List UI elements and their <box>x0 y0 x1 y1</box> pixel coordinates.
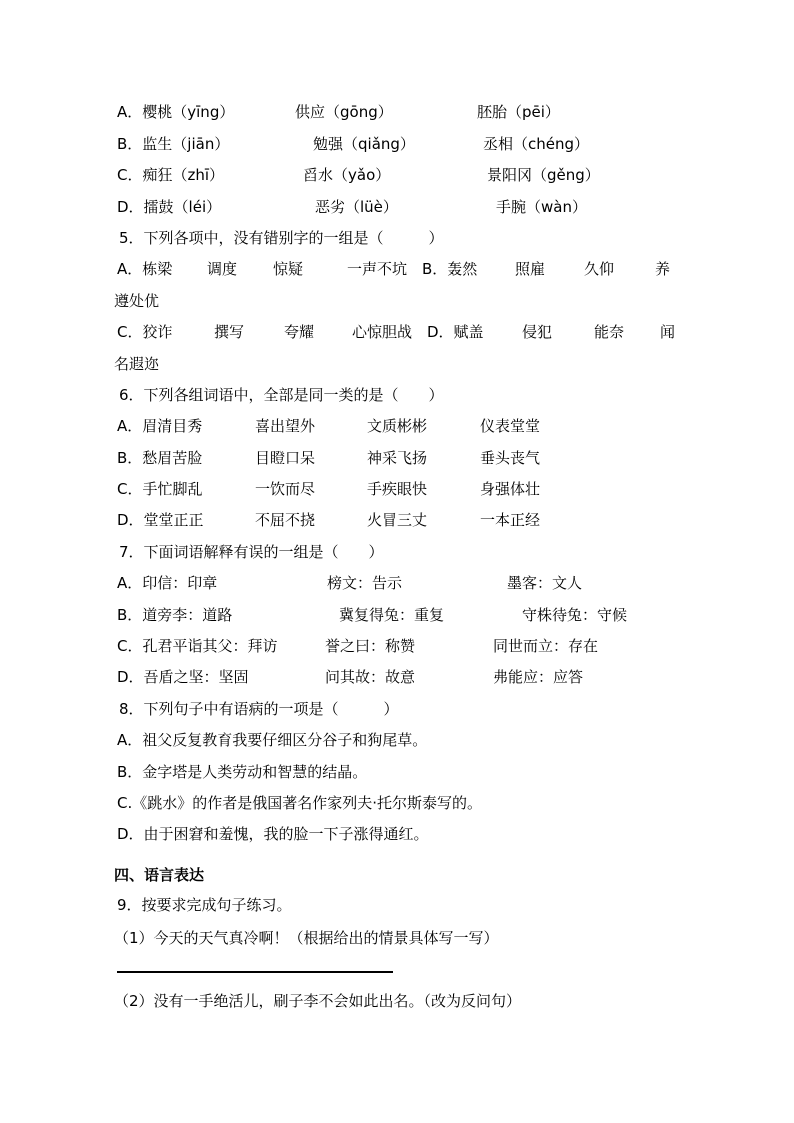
option-cell: 恶劣（lüè） <box>315 197 398 218</box>
q5-option-row-d-wrap: 名遐迩 <box>114 354 700 376</box>
option-cell: 弗能应：应答 <box>493 667 583 688</box>
option-cell: A．眉清目秀 <box>117 416 202 437</box>
q7-option-row-d: D．吾盾之坚：坚固 问其故：故意 弗能应：应答 <box>114 667 700 689</box>
option-cell: 一饮而尽 <box>255 479 315 500</box>
option-cell: 文质彬彬 <box>367 416 427 437</box>
option-cell: 夸耀 <box>284 322 314 343</box>
option-cell: 能奈 <box>594 322 624 343</box>
stem-text: 5．下列各项中，没有错别字的一组是（ ） <box>119 228 444 249</box>
stem-text: 8．下列句子中有语病的一项是（ ） <box>119 699 399 720</box>
option-cell: 手疾眼快 <box>367 479 427 500</box>
option-cell: D．堂堂正正 <box>117 510 204 531</box>
q4-option-row-d: D．擂鼓（léi） 恶劣（lüè） 手腕（wàn） <box>114 197 700 219</box>
option-cell: 一声不坑 <box>347 259 407 280</box>
option-cell: A．印信：印章 <box>117 573 217 594</box>
option-cell: 惊疑 <box>273 259 303 280</box>
question-5-stem: 5．下列各项中，没有错别字的一组是（ ） <box>114 228 700 250</box>
option-cell: B．道旁李：道路 <box>117 605 232 626</box>
subquestion-text: （1）今天的天气真冷啊！（根据给出的情景具体写一写） <box>114 928 499 949</box>
page-content: A．樱桃（yīng） 供应（gōng） 胚胎（pēi） B．监生（jiān） 勉… <box>114 0 700 1123</box>
option-cell: 心惊胆战 <box>352 322 412 343</box>
question-7-stem: 7．下面词语解释有误的一组是（ ） <box>114 542 700 564</box>
option-cell: 胚胎（pēi） <box>477 102 560 123</box>
q7-option-row-a: A．印信：印章 榜文：告示 墨客：文人 <box>114 573 700 595</box>
option-cell: A．祖父反复教育我要仔细区分谷子和狗尾草。 <box>117 730 427 751</box>
option-cell: 照雇 <box>515 259 545 280</box>
stem-text: 7．下面词语解释有误的一组是（ ） <box>119 542 384 563</box>
q9-subquestion-2: （2）没有一手绝活儿，刷子李不会如此出名。（改为反问句） <box>114 991 700 1013</box>
option-cell: 不屈不挠 <box>255 510 315 531</box>
test-paper-page: A．樱桃（yīng） 供应（gōng） 胚胎（pēi） B．监生（jiān） 勉… <box>0 0 794 1123</box>
q7-option-row-c: C．孔君平诣其父：拜访 誉之曰：称赞 同世而立：存在 <box>114 636 700 658</box>
option-cell: 景阳冈（gěng） <box>487 165 600 186</box>
q8-option-d: D．由于困窘和羞愧，我的脸一下子涨得通红。 <box>114 824 700 846</box>
option-cell: 榜文：告示 <box>327 573 402 594</box>
q6-option-row-d: D．堂堂正正 不屈不挠 火冒三丈 一本正经 <box>114 510 700 532</box>
question-9-stem: 9．按要求完成句子练习。 <box>114 895 700 917</box>
q8-option-c: C.《跳水》的作者是俄国著名作家列夫·托尔斯泰写的。 <box>114 793 700 815</box>
option-cell: D．吾盾之坚：坚固 <box>117 667 249 688</box>
option-cell: D．由于困窘和羞愧，我的脸一下子涨得通红。 <box>117 824 429 845</box>
option-cell: 火冒三丈 <box>367 510 427 531</box>
option-cell: 名遐迩 <box>114 354 159 375</box>
option-cell: 冀复得兔：重复 <box>339 605 444 626</box>
option-cell: 供应（gōng） <box>295 102 393 123</box>
q8-option-a: A．祖父反复教育我要仔细区分谷子和狗尾草。 <box>114 730 700 752</box>
q4-option-row-b: B．监生（jiān） 勉强（qiǎng） 丞相（chéng） <box>114 134 700 156</box>
q6-option-row-a: A．眉清目秀 喜出望外 文质彬彬 仪表堂堂 <box>114 416 700 438</box>
q6-option-row-c: C．手忙脚乱 一饮而尽 手疾眼快 身强体壮 <box>114 479 700 501</box>
subquestion-text: （2）没有一手绝活儿，刷子李不会如此出名。（改为反问句） <box>114 991 521 1012</box>
option-cell: 撰写 <box>214 322 244 343</box>
option-cell: 一本正经 <box>480 510 540 531</box>
option-cell: 目瞪口呆 <box>255 448 315 469</box>
option-cell: 遵处优 <box>114 291 159 312</box>
option-cell: 舀水（yǎo） <box>303 165 390 186</box>
section-4-header: 四、语言表达 <box>114 865 700 887</box>
q6-option-row-b: B．愁眉苦脸 目瞪口呆 神采飞扬 垂头丧气 <box>114 448 700 470</box>
option-cell: C.《跳水》的作者是俄国著名作家列夫·托尔斯泰写的。 <box>117 793 482 814</box>
option-cell: 垂头丧气 <box>480 448 540 469</box>
section-title: 四、语言表达 <box>114 865 204 886</box>
question-6-stem: 6．下列各组词语中，全部是同一类的是（ ） <box>114 385 700 407</box>
option-cell: 手腕（wàn） <box>496 197 587 218</box>
option-cell: 调度 <box>207 259 237 280</box>
option-cell: 神采飞扬 <box>367 448 427 469</box>
option-cell: C．手忙脚乱 <box>117 479 202 500</box>
stem-text: 6．下列各组词语中，全部是同一类的是（ ） <box>119 385 444 406</box>
option-cell: A．栋梁 <box>117 259 172 280</box>
option-cell: 誉之曰：称赞 <box>325 636 415 657</box>
option-cell: 仪表堂堂 <box>480 416 540 437</box>
q4-option-row-a: A．樱桃（yīng） 供应（gōng） 胚胎（pēi） <box>114 102 700 124</box>
stem-text: 9．按要求完成句子练习。 <box>117 895 292 916</box>
option-cell: 守株待兔：守候 <box>522 605 627 626</box>
answer-blank-line <box>117 971 393 973</box>
option-cell: 喜出望外 <box>255 416 315 437</box>
option-cell: B．轰然 <box>422 259 477 280</box>
q5-option-row-b-wrap: 遵处优 <box>114 291 700 313</box>
option-cell: 闻 <box>660 322 675 343</box>
option-cell: B．愁眉苦脸 <box>117 448 202 469</box>
option-cell: 养 <box>655 259 670 280</box>
option-cell: B．监生（jiān） <box>117 134 229 155</box>
option-cell: D．擂鼓（léi） <box>117 197 221 218</box>
option-cell: 身强体壮 <box>480 479 540 500</box>
q7-option-row-b: B．道旁李：道路 冀复得兔：重复 守株待兔：守候 <box>114 605 700 627</box>
q5-option-row-cd: C．狡诈 撰写 夸耀 心惊胆战 D．赋盖 侵犯 能奈 闻 <box>114 322 700 344</box>
option-cell: 勉强（qiǎng） <box>313 134 415 155</box>
option-cell: 问其故：故意 <box>325 667 415 688</box>
option-cell: 久仰 <box>584 259 614 280</box>
option-cell: C．孔君平诣其父：拜访 <box>117 636 277 657</box>
option-cell: 丞相（chéng） <box>483 134 589 155</box>
option-cell: C．痴狂（zhī） <box>117 165 224 186</box>
option-cell: D．赋盖 <box>427 322 484 343</box>
option-cell: C．狡诈 <box>117 322 172 343</box>
option-cell: 侵犯 <box>522 322 552 343</box>
q8-option-b: B．金字塔是人类劳动和智慧的结晶。 <box>114 762 700 784</box>
option-cell: 同世而立：存在 <box>493 636 598 657</box>
option-cell: B．金字塔是人类劳动和智慧的结晶。 <box>117 762 367 783</box>
q5-option-row-ab: A．栋梁 调度 惊疑 一声不坑 B．轰然 照雇 久仰 养 <box>114 259 700 281</box>
question-8-stem: 8．下列句子中有语病的一项是（ ） <box>114 699 700 721</box>
q9-subquestion-1: （1）今天的天气真冷啊！（根据给出的情景具体写一写） <box>114 928 700 950</box>
option-cell: 墨客：文人 <box>507 573 582 594</box>
q4-option-row-c: C．痴狂（zhī） 舀水（yǎo） 景阳冈（gěng） <box>114 165 700 187</box>
option-cell: A．樱桃（yīng） <box>117 102 234 123</box>
